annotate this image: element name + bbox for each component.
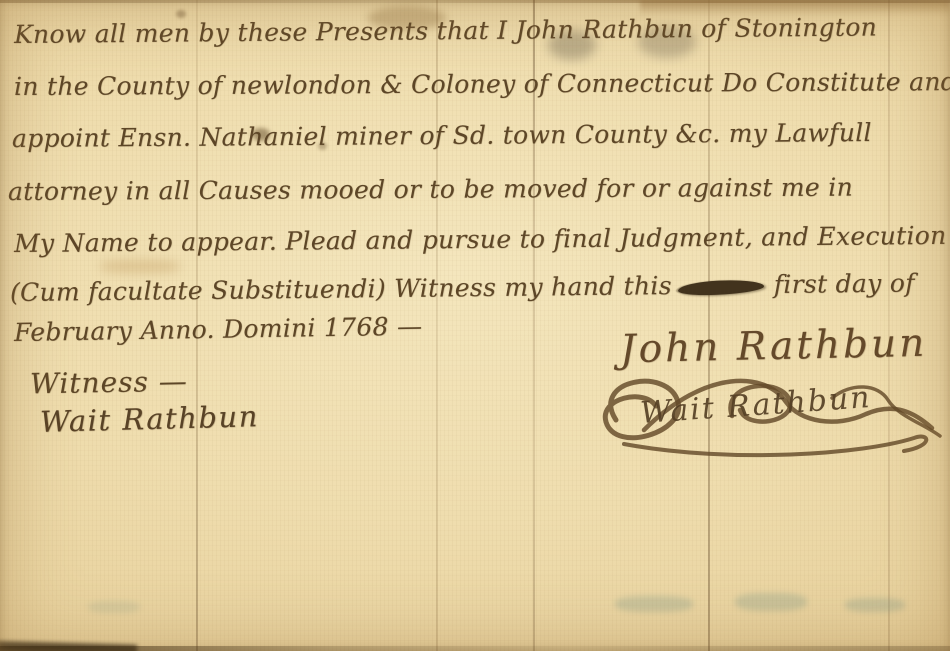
manuscript-page: Know all men by these Presents that I Jo… — [0, 0, 950, 651]
line-6-after-blot: first day of — [774, 269, 915, 299]
ink-speck — [176, 10, 186, 18]
ink-blot — [678, 279, 765, 297]
bleedthrough-smudge — [88, 601, 140, 613]
date-line: February Anno. Domini 1768 — — [14, 312, 423, 347]
witness-label: Witness — — [30, 365, 188, 401]
manuscript-line-4: attorney in all Causes mooed or to be mo… — [8, 173, 853, 206]
manuscript-line-5: My Name to appear. Plead and pursue to f… — [14, 221, 947, 258]
flourished-signature: Wait Rathbun — [582, 358, 944, 470]
paper-top-edge — [0, 0, 950, 3]
manuscript-line-1: Know all men by these Presents that I Jo… — [14, 12, 877, 49]
bleedthrough-smudge — [615, 596, 693, 612]
faded-smear — [100, 260, 180, 273]
manuscript-line-3: appoint Ensn. Nathaniel miner of Sd. tow… — [12, 118, 872, 153]
bleedthrough-smudge — [735, 593, 807, 611]
witness-signature: Wait Rathbun — [40, 399, 260, 439]
manuscript-line-2: in the County of newlondon & Coloney of … — [14, 67, 950, 101]
paper-corner-shadow — [0, 641, 137, 651]
paper-bottom-edge — [0, 646, 950, 651]
bleedthrough-smudge — [845, 598, 905, 612]
manuscript-line-6: (Cum facultate Substituendi) Witness my … — [10, 269, 915, 307]
line-6-before-blot: (Cum facultate Substituendi) Witness my … — [10, 271, 672, 307]
